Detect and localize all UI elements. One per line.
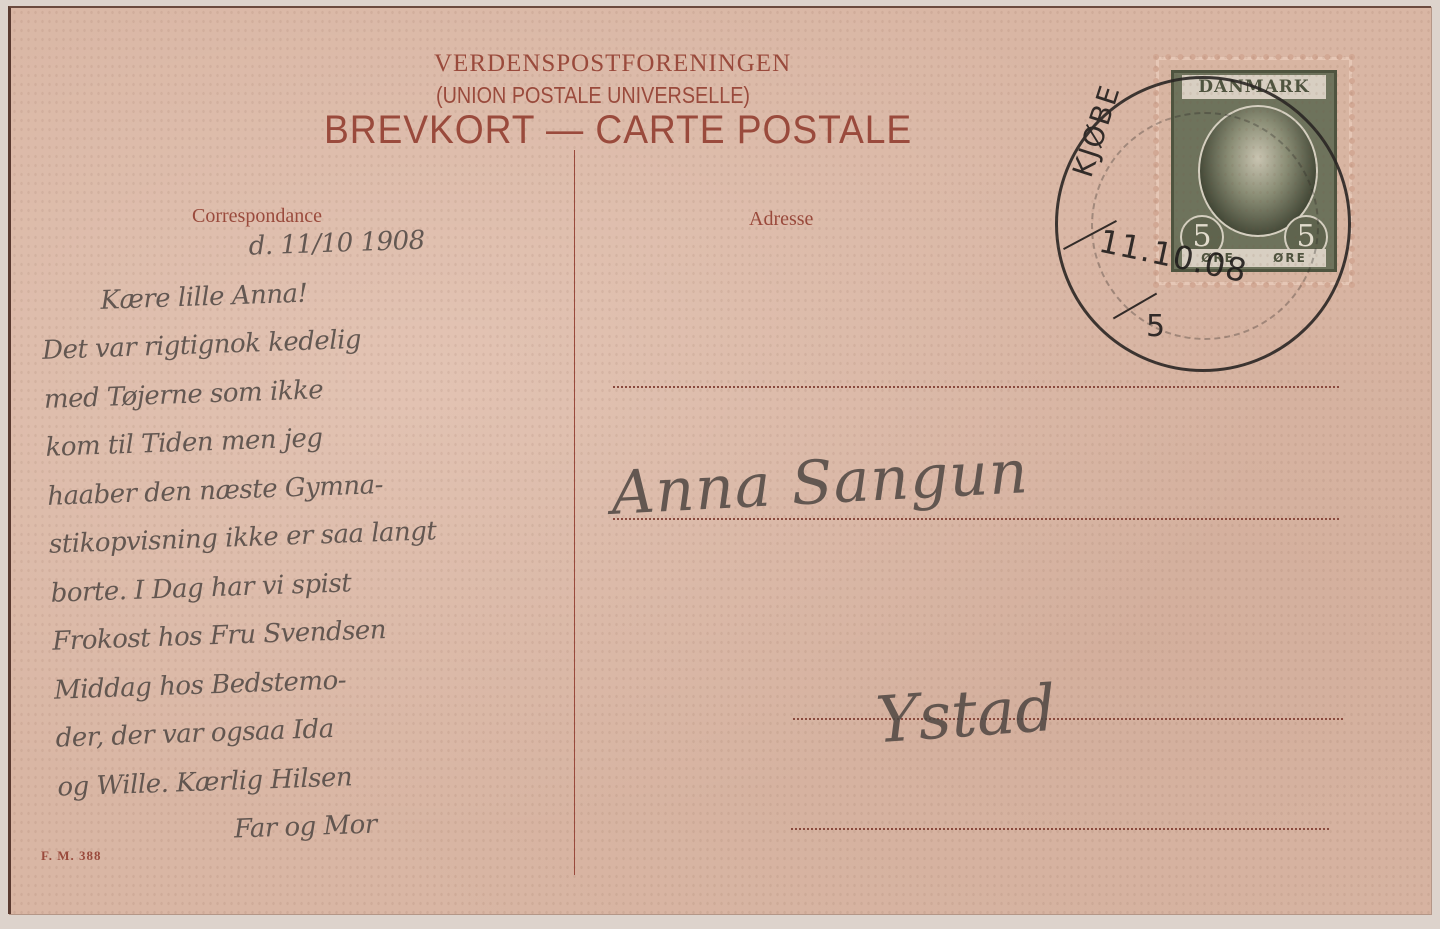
postmark: KJØBE 11.10.08 5	[1055, 76, 1351, 372]
handwritten-message: d. 11/10 1908 Kære lille Anna! Det var r…	[38, 216, 447, 860]
address-label: Adresse	[749, 208, 813, 231]
recipient-town: Ystad	[874, 672, 1059, 758]
header-union-french: (UNION POSTALE UNIVERSELLE)	[436, 82, 750, 109]
postcard: VERDENSPOSTFORENINGEN (UNION POSTALE UNI…	[8, 6, 1431, 914]
header-title: BREVKORT — CARTE POSTALE	[324, 108, 912, 153]
address-line-1	[613, 386, 1339, 388]
recipient-name: Anna Sangun	[609, 437, 1030, 529]
publisher-code: F. M. 388	[41, 848, 102, 864]
postmark-number: 5	[1146, 309, 1165, 344]
address-line-4	[791, 828, 1329, 830]
header-union-name: VERDENSPOSTFORENINGEN	[434, 50, 791, 78]
center-divider	[574, 150, 575, 875]
